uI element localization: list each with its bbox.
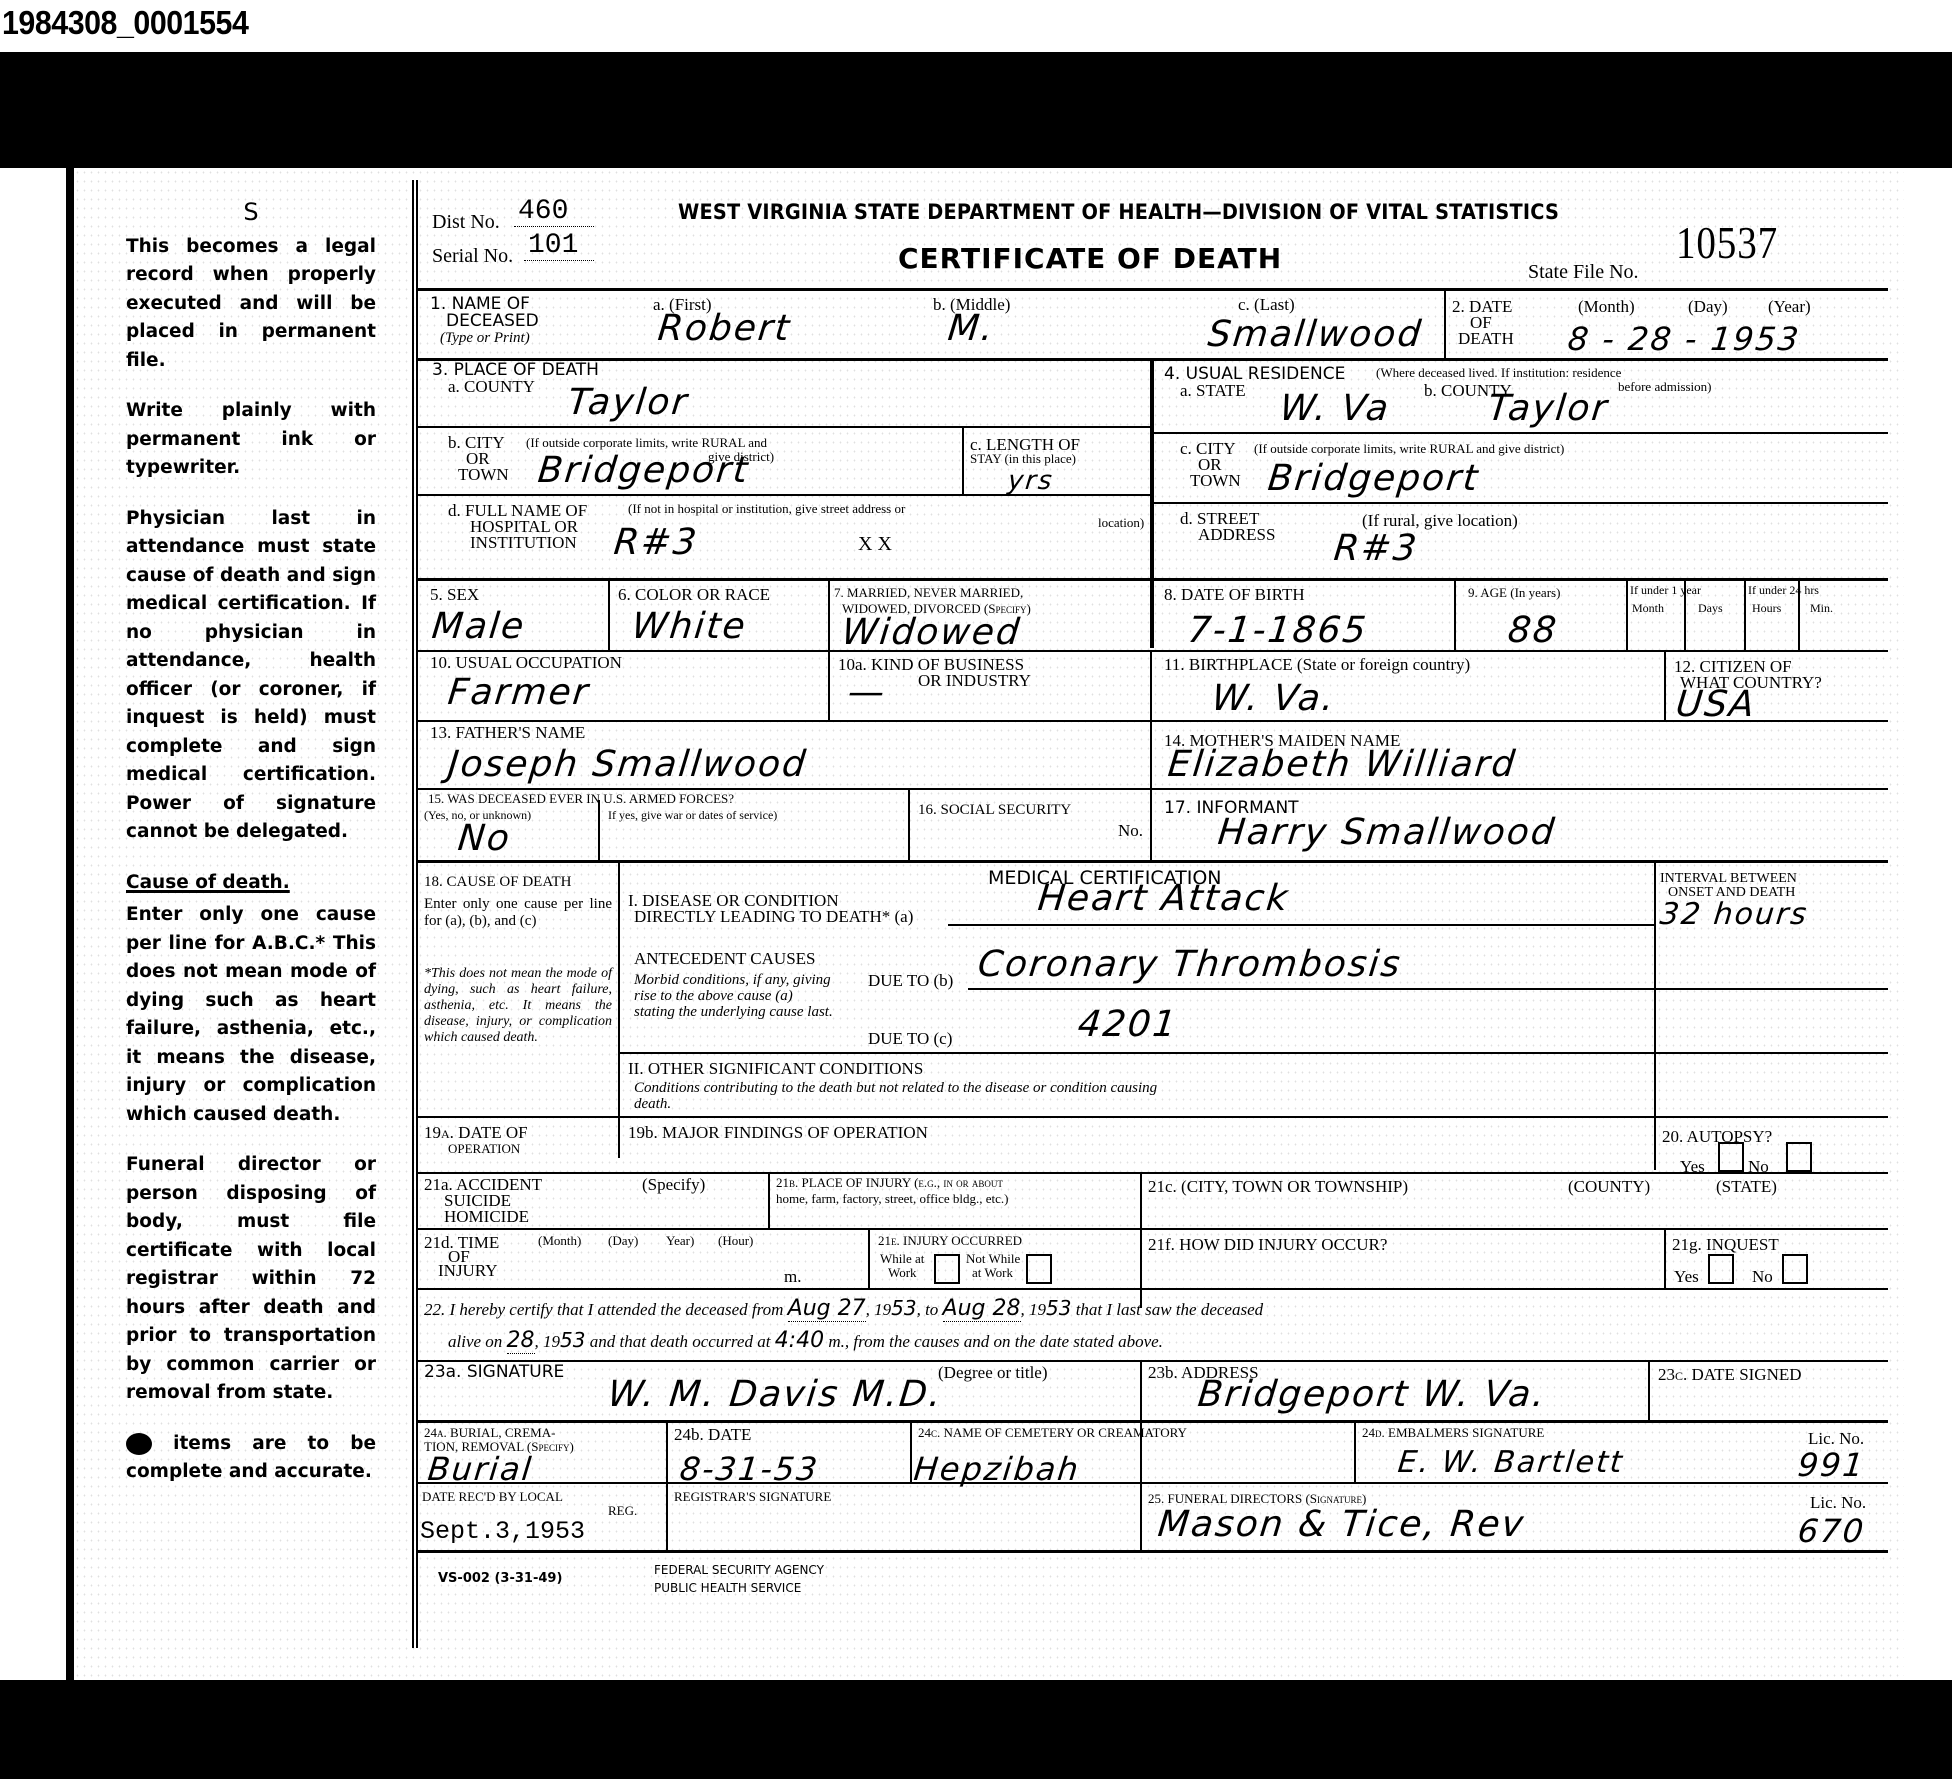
last-name-value: Smallwood: [1206, 316, 1424, 354]
f21a-label3: HOMICIDE: [444, 1208, 529, 1225]
rule: [868, 1228, 870, 1288]
due-to-c-label: DUE TO (c): [868, 1030, 952, 1047]
f24d-lic-label: Lic. No.: [1808, 1430, 1864, 1447]
footer-agency-1: FEDERAL SECURITY AGENCY: [654, 1562, 824, 1579]
part2-note: Conditions contributing to the death but…: [634, 1080, 1194, 1112]
rule: [968, 988, 1888, 990]
instruction-funeral: Funeral director or person disposing of …: [126, 1151, 376, 1408]
physician-signature: W. M. Davis M.D.: [606, 1376, 944, 1414]
ink-stain-icon: [126, 1433, 152, 1455]
f21e-notwhile-label: Not While: [966, 1252, 1020, 1266]
f4-city-note: (If outside corporate limits, write RURA…: [1254, 442, 1564, 456]
injury-not-while-at-work-checkbox[interactable]: [1026, 1254, 1052, 1284]
instructions-column: S This becomes a legal record when prope…: [126, 198, 376, 1509]
rule: [618, 1052, 1888, 1054]
instruction-physician: Physician last in attendance must state …: [126, 505, 376, 847]
f6-label: 6. COLOR OR RACE: [618, 586, 770, 603]
cert-from: Aug 27: [788, 1296, 866, 1322]
rule: [1744, 580, 1746, 650]
f4-street-label2: ADDRESS: [1198, 526, 1275, 543]
f13-label: 13. FATHER'S NAME: [430, 724, 585, 741]
cert-text2: that I last saw the deceased: [1076, 1300, 1263, 1319]
f15-label: 15. WAS DECEASED EVER IN U.S. ARMED FORC…: [428, 792, 734, 806]
cert-alive-year: 53: [560, 1328, 585, 1352]
registrar-signature-label: REGISTRAR'S SIGNATURE: [674, 1490, 831, 1504]
rule: [1654, 860, 1656, 1170]
f3-city-label3: TOWN: [458, 466, 509, 483]
f4-city-label3: TOWN: [1190, 472, 1241, 489]
f16-label: 16. SOCIAL SECURITY: [918, 802, 1071, 819]
f21c-state: (STATE): [1716, 1178, 1777, 1195]
rule: [608, 578, 610, 650]
residence-state: W. Va: [1278, 390, 1392, 428]
place-of-death-county: Taylor: [566, 384, 690, 422]
dist-no-value: 460: [518, 198, 568, 226]
f7-label: 7. MARRIED, NEVER MARRIED,: [834, 586, 1023, 600]
cause-c-value: 4201: [1076, 1006, 1180, 1044]
under-1-year-label: If under 1 year: [1630, 584, 1701, 597]
rule: [828, 578, 830, 650]
rule: [418, 494, 1150, 496]
rec-label2: REG.: [608, 1504, 637, 1518]
f19a-label2: OPERATION: [448, 1142, 520, 1156]
f18-footnote: *This does not mean the mode of dying, s…: [424, 966, 612, 1046]
scan-border-bottom: [0, 1680, 1952, 1779]
instruction-all-items: items are to be complete and accurate.: [126, 1430, 376, 1487]
cert-text4: m., from the causes and on the date stat…: [828, 1332, 1163, 1351]
cert-sep2: , 19: [1021, 1300, 1047, 1319]
degree-label: (Degree or title): [938, 1364, 1048, 1381]
rule: [1150, 502, 1888, 504]
hospital-value: R#3: [612, 524, 700, 562]
serial-no-line: [524, 260, 594, 261]
f18-note: Enter only one cause per line for (a), (…: [424, 896, 612, 930]
part1-label2: DIRECTLY LEADING TO DEATH* (a): [634, 908, 913, 925]
sex-value: Male: [430, 608, 527, 646]
embalmer-signature: E. W. Bartlett: [1396, 1444, 1626, 1482]
rule: [598, 800, 600, 860]
f21e-while-label: While at: [880, 1252, 924, 1266]
due-to-b-label: DUE TO (b): [868, 972, 953, 989]
f3-hospital-note: (If not in hospital or institution, give…: [628, 502, 905, 516]
rule: [1140, 1360, 1142, 1420]
dist-no-label: Dist No.: [432, 214, 500, 231]
f21d-month: (Month): [538, 1234, 581, 1248]
birthplace-value: W. Va.: [1210, 680, 1337, 718]
cert-sep3: , 19: [535, 1332, 561, 1351]
f24c-label: 24c. NAME OF CEMETERY OR CREAMATORY: [918, 1426, 1187, 1440]
cert-line-1: 22. I hereby certify that I attended the…: [424, 1300, 1263, 1318]
f18-label: 18. CAUSE OF DEATH: [424, 874, 572, 891]
rule: [418, 426, 1150, 428]
f15-sub2: If yes, give war or dates of service): [608, 808, 777, 822]
business-value: —: [846, 674, 888, 712]
f4-street-note: (If rural, give location): [1362, 512, 1518, 529]
f21g-label: 21g. INQUEST: [1672, 1236, 1779, 1253]
f3-city-note: (If outside corporate limits, write RURA…: [526, 436, 767, 450]
funeral-director-lic-value: 670: [1796, 1512, 1867, 1550]
f3-hospital-label3: INSTITUTION: [470, 534, 577, 551]
rule: [828, 650, 830, 720]
cert-alive-label: alive on: [448, 1332, 502, 1351]
rule: [418, 1482, 1888, 1484]
f10a-label2: OR INDUSTRY: [918, 672, 1031, 689]
rule: [1664, 1228, 1666, 1288]
physician-address: Bridgeport W. Va.: [1196, 1376, 1548, 1414]
f3-county-label: a. COUNTY: [448, 378, 535, 395]
f21c-county: (COUNTY): [1568, 1178, 1650, 1195]
cert-sep1: , 19: [866, 1300, 892, 1319]
inquest-no-label: No: [1752, 1268, 1773, 1285]
inquest-yes-label: Yes: [1674, 1268, 1699, 1285]
rule: [1626, 578, 1628, 650]
rule: [418, 1288, 1888, 1290]
rule: [418, 578, 1888, 581]
f21d-day: (Day): [608, 1234, 638, 1248]
inquest-no-checkbox[interactable]: [1782, 1254, 1808, 1284]
rule: [948, 924, 1654, 926]
f1-label3: (Type or Print): [440, 330, 530, 347]
autopsy-yes-checkbox[interactable]: [1718, 1142, 1744, 1172]
f23a-label: 23a. SIGNATURE: [424, 1364, 564, 1381]
marital-status-value: Widowed: [840, 614, 1023, 652]
armed-forces-value: No: [456, 820, 513, 858]
occupation-value: Farmer: [446, 674, 592, 712]
rule: [418, 650, 1888, 652]
instruction-cause: Enter only one cause per line for A.B.C.…: [126, 901, 376, 1129]
form-number: VS-002 (3-31-49): [438, 1570, 562, 1587]
rule: [962, 426, 964, 494]
rule: [1454, 578, 1456, 650]
rule: [418, 288, 1888, 291]
certificate-page: S This becomes a legal record when prope…: [66, 168, 1904, 1680]
race-value: White: [630, 608, 749, 646]
f2-label3: DEATH: [1458, 330, 1514, 347]
f8-label: 8. DATE OF BIRTH: [1164, 586, 1305, 603]
cert-time: 4:40: [775, 1328, 824, 1353]
f21d-year: Year): [666, 1234, 694, 1248]
f21b-label: 21b. PLACE OF INJURY (e.g., in or about: [776, 1176, 1003, 1190]
f19a-label: 19a. DATE OF: [424, 1124, 528, 1141]
cause-a-value: Heart Attack: [1036, 880, 1291, 918]
f21d-hour: (Hour): [718, 1234, 753, 1248]
rule: [418, 720, 1888, 722]
dist-no-line: [514, 226, 594, 227]
place-of-death-city: Bridgeport: [536, 452, 751, 490]
cert-text3: and that death occurred at: [590, 1332, 771, 1351]
cert-alive-on: 28: [507, 1328, 535, 1354]
rule: [1354, 1420, 1356, 1482]
scan-border-top: [0, 52, 1952, 168]
rule: [418, 860, 1888, 863]
f11-label: 11. BIRTHPLACE (State or foreign country…: [1164, 656, 1470, 673]
rule: [666, 1420, 668, 1550]
rule: [1444, 288, 1446, 358]
residence-street: R#3: [1332, 530, 1420, 568]
cause-b-value: Coronary Thrombosis: [976, 946, 1404, 984]
rule: [1150, 650, 1152, 860]
state-file-no-value: 10537: [1676, 216, 1778, 269]
f4-state-label: a. STATE: [1180, 382, 1246, 399]
hours-col-label: Hours: [1752, 602, 1781, 615]
rule: [1664, 650, 1666, 720]
f23c-label: 23c. DATE SIGNED: [1658, 1366, 1802, 1383]
year-label: (Year): [1768, 298, 1811, 315]
rule: [418, 1172, 1888, 1174]
date-of-death-value: 8 - 28 - 1953: [1566, 320, 1802, 358]
f24d-label: 24d. EMBALMERS SIGNATURE: [1362, 1426, 1544, 1440]
rule: [418, 788, 1888, 790]
cert-from-year: 53: [891, 1296, 916, 1320]
antecedent-label: ANTECEDENT CAUSES: [634, 950, 816, 967]
min-col-label: Min.: [1810, 602, 1833, 615]
all-items-text: items are to be complete and accurate.: [126, 1433, 376, 1483]
last-name-label: c. (Last): [1238, 296, 1295, 313]
rule: [1150, 432, 1888, 434]
state-file-no-label: State File No.: [1528, 264, 1639, 281]
rule: [418, 1550, 1888, 1553]
date-received-value: Sept.3,1953: [420, 1518, 585, 1546]
f21d-label3: INJURY: [438, 1262, 498, 1279]
father-name-value: Joseph Smallwood: [446, 746, 809, 784]
hospital-mark: X X: [858, 536, 892, 553]
autopsy-no-checkbox[interactable]: [1786, 1142, 1812, 1172]
cert-to: Aug 28: [943, 1296, 1021, 1322]
mother-name-value: Elizabeth Williard: [1166, 746, 1518, 784]
part2-label: II. OTHER SIGNIFICANT CONDITIONS: [628, 1060, 923, 1077]
month-col-label: Month: [1632, 602, 1664, 615]
age-value: 88: [1506, 612, 1560, 650]
injury-while-at-work-checkbox[interactable]: [934, 1254, 960, 1284]
rule: [418, 1228, 1888, 1230]
embalmer-lic-value: 991: [1796, 1446, 1867, 1484]
certificate-title: CERTIFICATE OF DEATH: [898, 242, 1282, 275]
f21e-atwork-label: at Work: [972, 1266, 1013, 1280]
rule: [418, 1420, 1888, 1423]
cause-of-death-heading: Cause of death.: [126, 869, 376, 898]
month-label: (Month): [1578, 298, 1635, 315]
footer-agency-2: PUBLIC HEALTH SERVICE: [654, 1580, 801, 1597]
day-label: (Day): [1688, 298, 1728, 315]
serial-no-label: Serial No.: [432, 248, 513, 265]
cert-text1: 22. I hereby certify that I attended the…: [424, 1300, 783, 1319]
f21e-work-label: Work: [888, 1266, 917, 1280]
rule: [768, 1172, 770, 1228]
date-of-birth-value: 7-1-1865: [1186, 612, 1369, 650]
f21f-label: 21f. HOW DID INJURY OCCUR?: [1148, 1236, 1387, 1253]
f1-label2: DECEASED: [446, 313, 539, 330]
f5-label: 5. SEX: [430, 586, 479, 603]
f24b-label: 24b. DATE: [674, 1426, 751, 1443]
residence-city: Bridgeport: [1266, 460, 1481, 498]
serial-no-value: 101: [528, 232, 578, 260]
f4-note2: before admission): [1618, 380, 1712, 394]
instruction-legal: This becomes a legal record when properl…: [126, 233, 376, 376]
rec-label: DATE REC'D BY LOCAL: [422, 1490, 563, 1504]
f21a-specify: (Specify): [642, 1176, 705, 1193]
f25-lic-label: Lic. No.: [1810, 1494, 1866, 1511]
days-col-label: Days: [1698, 602, 1723, 615]
rule: [910, 1420, 912, 1482]
f21e-label: 21e. INJURY OCCURRED: [878, 1234, 1022, 1248]
f21d-m: m.: [784, 1268, 801, 1285]
f4-note: (Where deceased lived. If institution: r…: [1376, 366, 1621, 380]
f21c-label: 21c. (CITY, TOWN OR TOWNSHIP): [1148, 1178, 1408, 1195]
citizenship-value: USA: [1674, 686, 1758, 724]
cert-line-2: alive on 28, 1953 and that death occurre…: [448, 1332, 1163, 1350]
f21b-label2: home, farm, factory, street, office bldg…: [776, 1192, 1008, 1206]
death-certificate-form: WEST VIRGINIA STATE DEPARTMENT OF HEALTH…: [412, 180, 1896, 1648]
rule: [418, 1360, 1888, 1362]
interval-a-value: 32 hours: [1658, 896, 1810, 934]
under-24-hrs-label: If under 24 hrs: [1748, 584, 1819, 597]
informant-value: Harry Smallwood: [1216, 814, 1558, 852]
s-mark: S: [126, 198, 376, 227]
f24a-label: 24a. BURIAL, CREMA-: [424, 1426, 555, 1440]
rule: [418, 1116, 1888, 1118]
middle-name-value: M.: [946, 310, 997, 348]
inquest-yes-checkbox[interactable]: [1708, 1254, 1734, 1284]
cert-to-year: 53: [1046, 1296, 1071, 1320]
rule: [908, 788, 910, 860]
f19b-label: 19b. MAJOR FINDINGS OF OPERATION: [628, 1124, 928, 1141]
f3-hospital-note2: location): [1098, 516, 1144, 530]
antecedent-note: Morbid conditions, if any, giving rise t…: [634, 972, 834, 1020]
f10-label: 10. USUAL OCCUPATION: [430, 654, 622, 671]
first-name-value: Robert: [656, 310, 793, 348]
cert-to-label: , to: [917, 1300, 939, 1319]
f16-label2: No.: [1118, 822, 1143, 839]
rule: [1648, 1360, 1650, 1420]
funeral-director-signature: Mason & Tice, Rev: [1156, 1506, 1527, 1544]
agency-title: WEST VIRGINIA STATE DEPARTMENT OF HEALTH…: [678, 200, 1559, 224]
f9-label: 9. AGE (In years): [1468, 586, 1560, 600]
instruction-ink: Write plainly with permanent ink or type…: [126, 397, 376, 483]
document-id: 1984308_0001554: [2, 4, 248, 42]
residence-county: Taylor: [1486, 390, 1610, 428]
rule: [618, 860, 620, 1158]
